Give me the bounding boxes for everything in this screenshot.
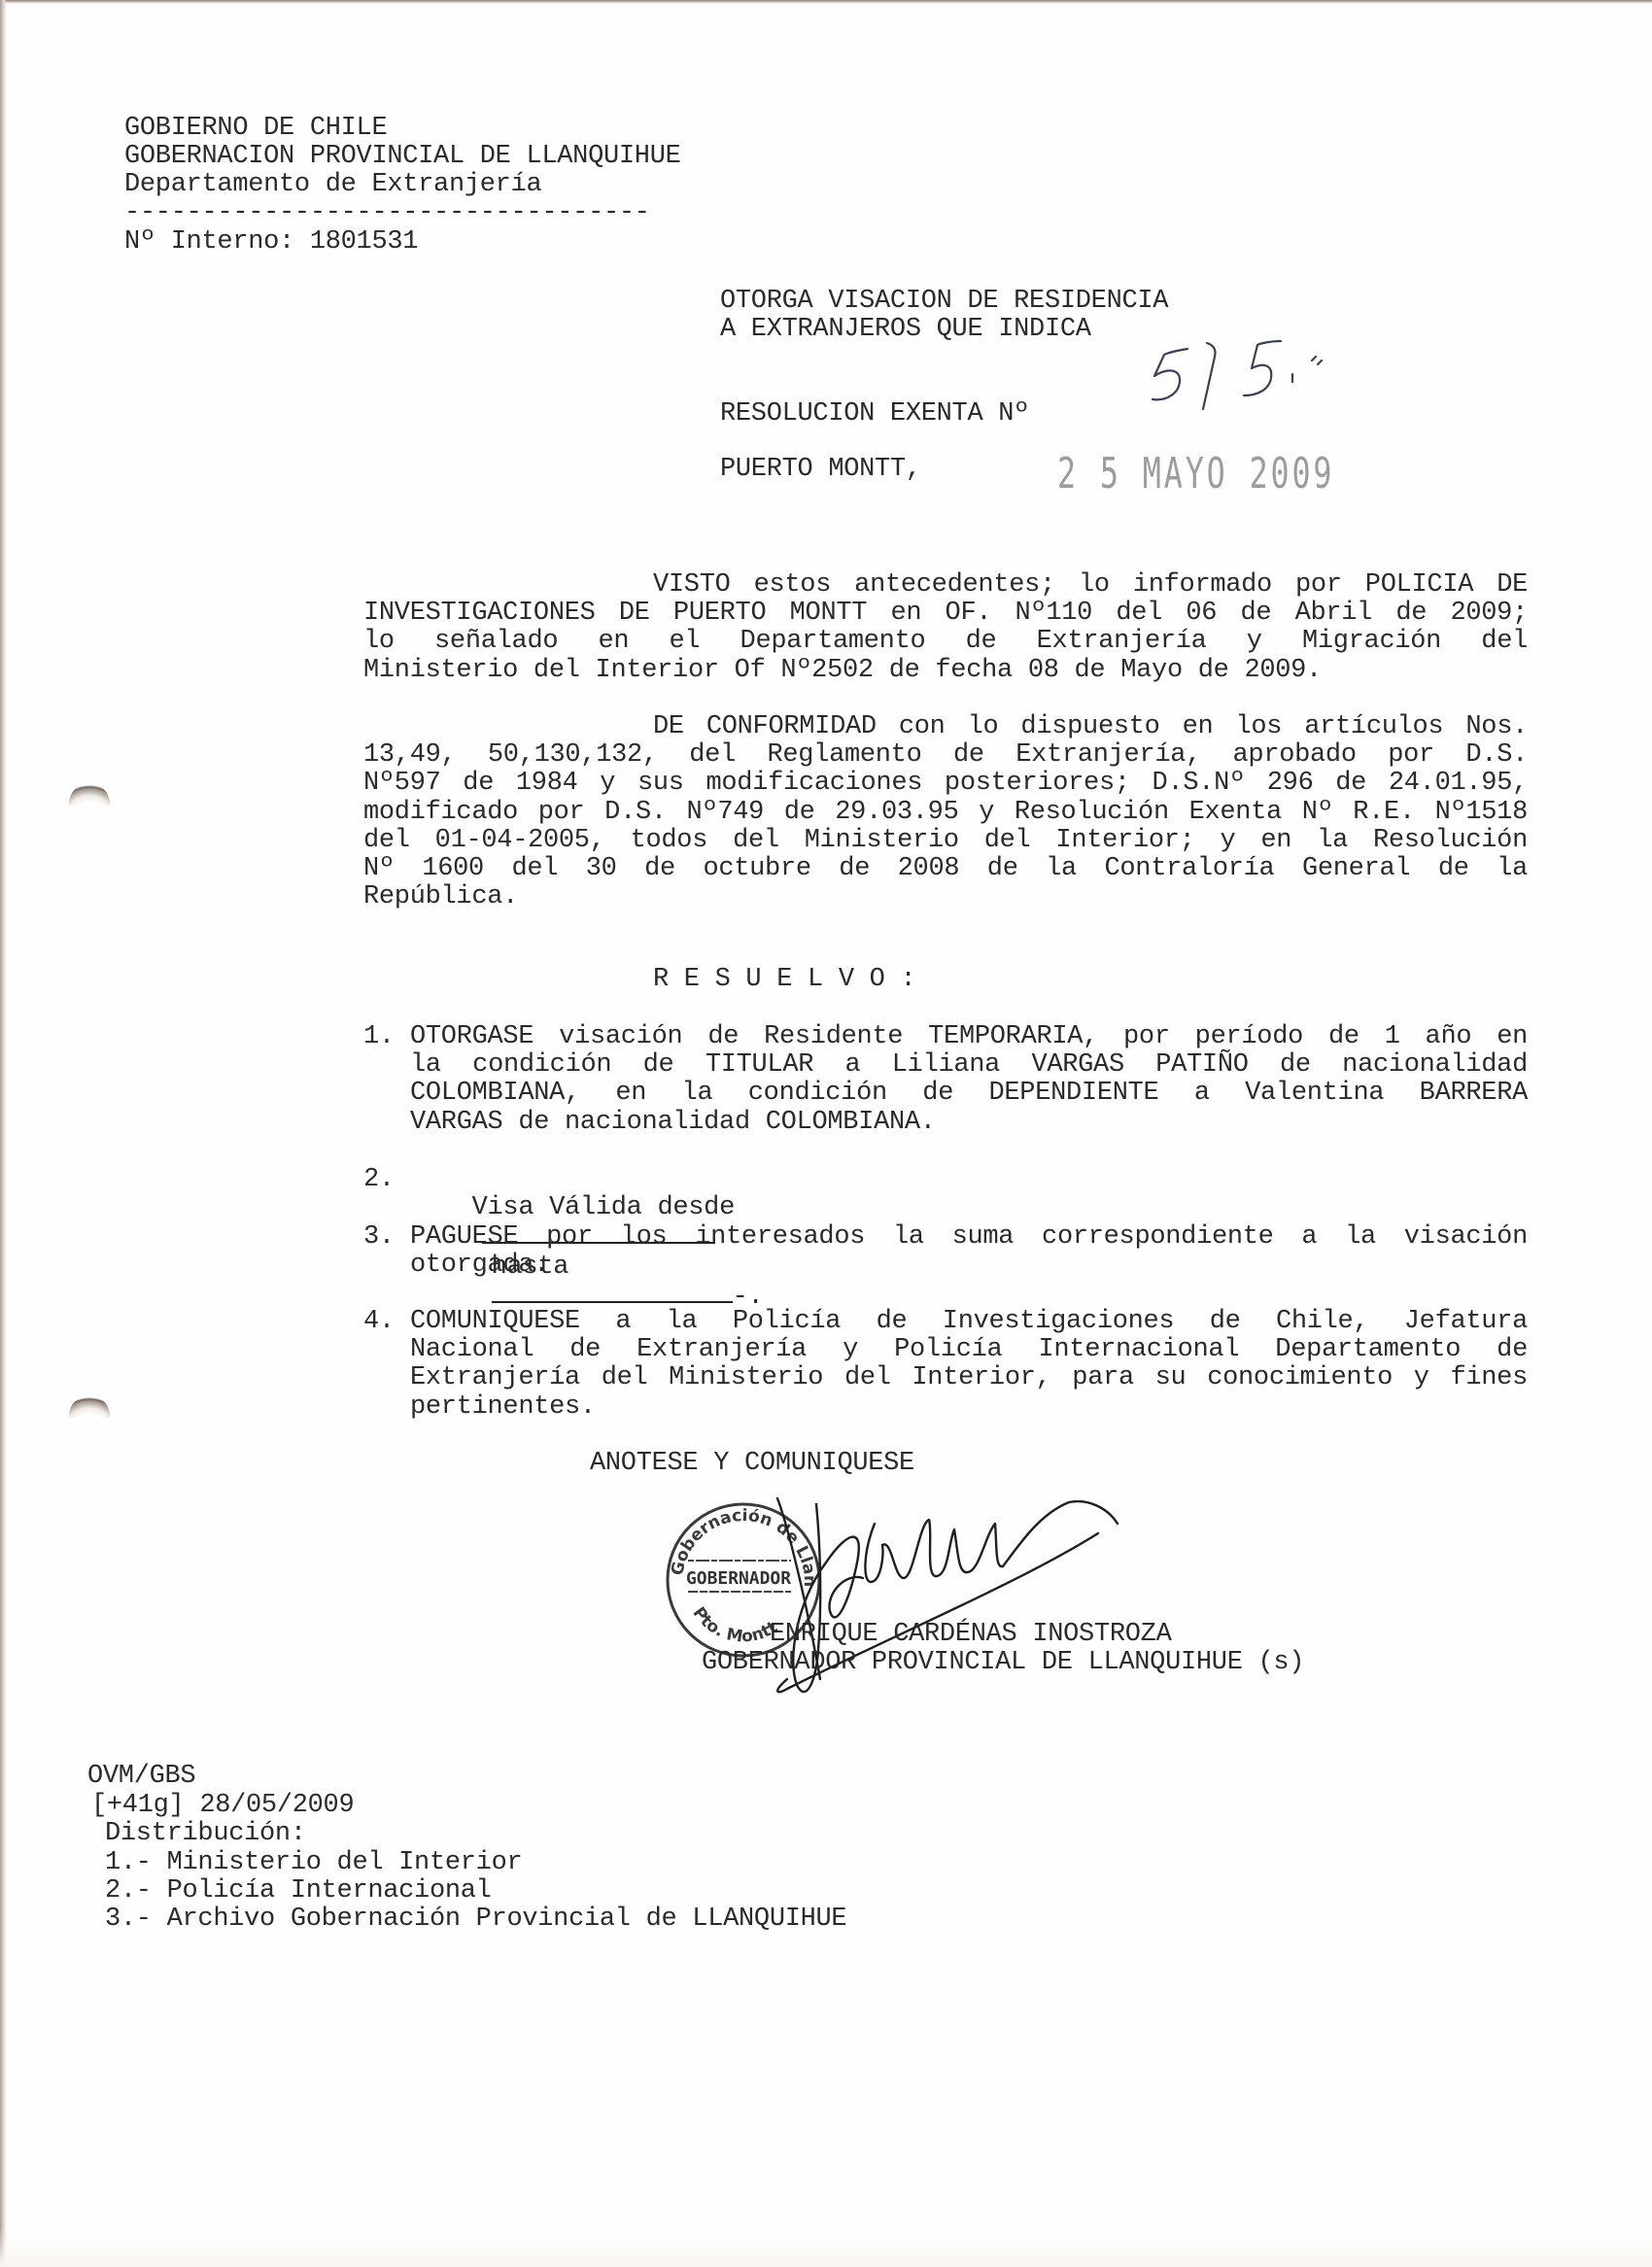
- resolution-number-handwritten: 515.-: [1137, 335, 1331, 413]
- resuelvo-heading: R E S U E L V O :: [653, 966, 915, 994]
- header-government: GOBIERNO DE CHILE: [124, 115, 387, 143]
- place: PUERTO MONTT,: [720, 456, 921, 484]
- conformidad-paragraph: DE CONFORMIDAD con lo dispuesto en los a…: [363, 713, 1528, 911]
- date-stamp: 2 5 MAYO 2009: [1057, 449, 1334, 498]
- distribution-label: Distribución:: [105, 1820, 306, 1848]
- scan-edge-left: [0, 0, 7, 2267]
- punch-hole-upper: [69, 783, 110, 824]
- svg-text:515.-: 515.-: [1137, 335, 1140, 336]
- header-governorate: GOBERNACION PROVINCIAL DE LLANQUIHUE: [124, 143, 681, 171]
- valid-from-label: Visa Válida desde: [472, 1193, 735, 1222]
- footer-initials: OVM/GBS: [87, 1763, 195, 1791]
- distribution-item-1: 1.- Ministerio del Interior: [105, 1849, 522, 1877]
- resolution-item-2: 2. Visa Válida desde hasta -.: [363, 1166, 1528, 1195]
- scan-edge-bottom: [0, 2228, 1652, 2267]
- header-separator: ----------------------------------: [124, 199, 650, 227]
- signatory-name: ENRIQUE CARDÉNAS INOSTROZA: [770, 1621, 1171, 1649]
- resolution-label: RESOLUCION EXENTA Nº: [720, 400, 1029, 429]
- valid-to-blank: [492, 1282, 733, 1303]
- scan-edge-top: [0, 0, 1652, 4]
- signatory-title: GOBERNADOR PROVINCIAL DE LLANQUIHUE (s): [702, 1649, 1304, 1677]
- subject-line-2: A EXTRANJEROS QUE INDICA: [720, 316, 1091, 344]
- distribution-item-3: 3.- Archivo Gobernación Provincial de LL…: [105, 1906, 846, 1934]
- subject-line-1: OTORGA VISACION DE RESIDENCIA: [720, 288, 1168, 316]
- closing-formula: ANOTESE Y COMUNIQUESE: [590, 1450, 914, 1478]
- footer-ref-date: [+41g] 28/05/2009: [91, 1792, 354, 1820]
- punch-hole-lower: [69, 1395, 110, 1436]
- visto-paragraph: VISTO estos antecedentes; lo informado p…: [363, 571, 1528, 685]
- internal-number: Nº Interno: 1801531: [124, 228, 418, 257]
- header-department: Departamento de Extranjería: [124, 171, 541, 199]
- distribution-item-2: 2.- Policía Internacional: [105, 1877, 492, 1906]
